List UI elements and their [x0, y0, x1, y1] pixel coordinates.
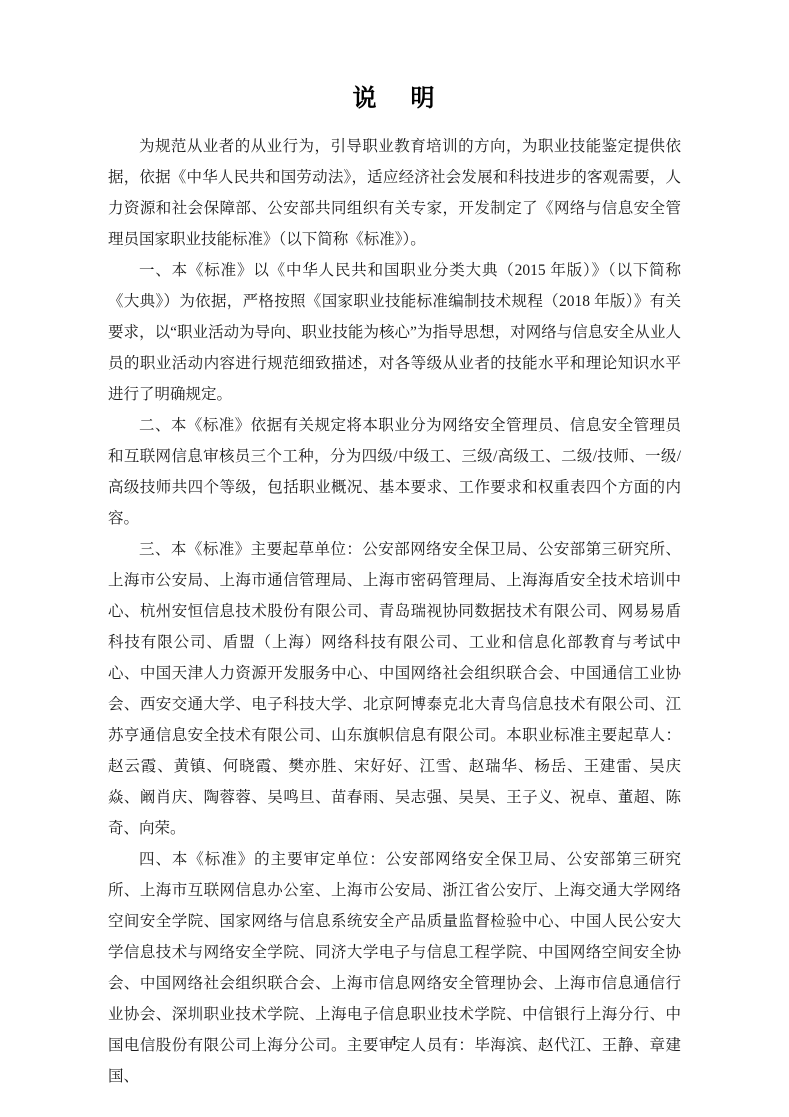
document-page: 说 明 为规范从业者的从业行为，引导职业教育培训的方向，为职业技能鉴定提供依据，… [0, 0, 789, 1117]
paragraph-preface: 为规范从业者的从业行为，引导职业教育培训的方向，为职业技能鉴定提供依据，依据《中… [108, 131, 681, 255]
paragraph-item-2: 二、本《标准》依据有关规定将本职业分为网络安全管理员、信息安全管理员和互联网信息… [108, 410, 681, 534]
page-footer: I [0, 1032, 789, 1052]
paragraph-item-3: 三、本《标准》主要起草单位：公安部网络安全保卫局、公安部第三研究所、上海市公安局… [108, 534, 681, 844]
paragraph-item-4: 四、本《标准》的主要审定单位：公安部网络安全保卫局、公安部第三研究所、上海市互联… [108, 844, 681, 1092]
page-title: 说 明 [108, 80, 681, 116]
page-number: I [392, 1034, 397, 1049]
paragraph-item-1: 一、本《标准》以《中华人民共和国职业分类大典（2015 年版）》（以下简称《大典… [108, 255, 681, 410]
document-body: 为规范从业者的从业行为，引导职业教育培训的方向，为职业技能鉴定提供依据，依据《中… [108, 131, 681, 1092]
